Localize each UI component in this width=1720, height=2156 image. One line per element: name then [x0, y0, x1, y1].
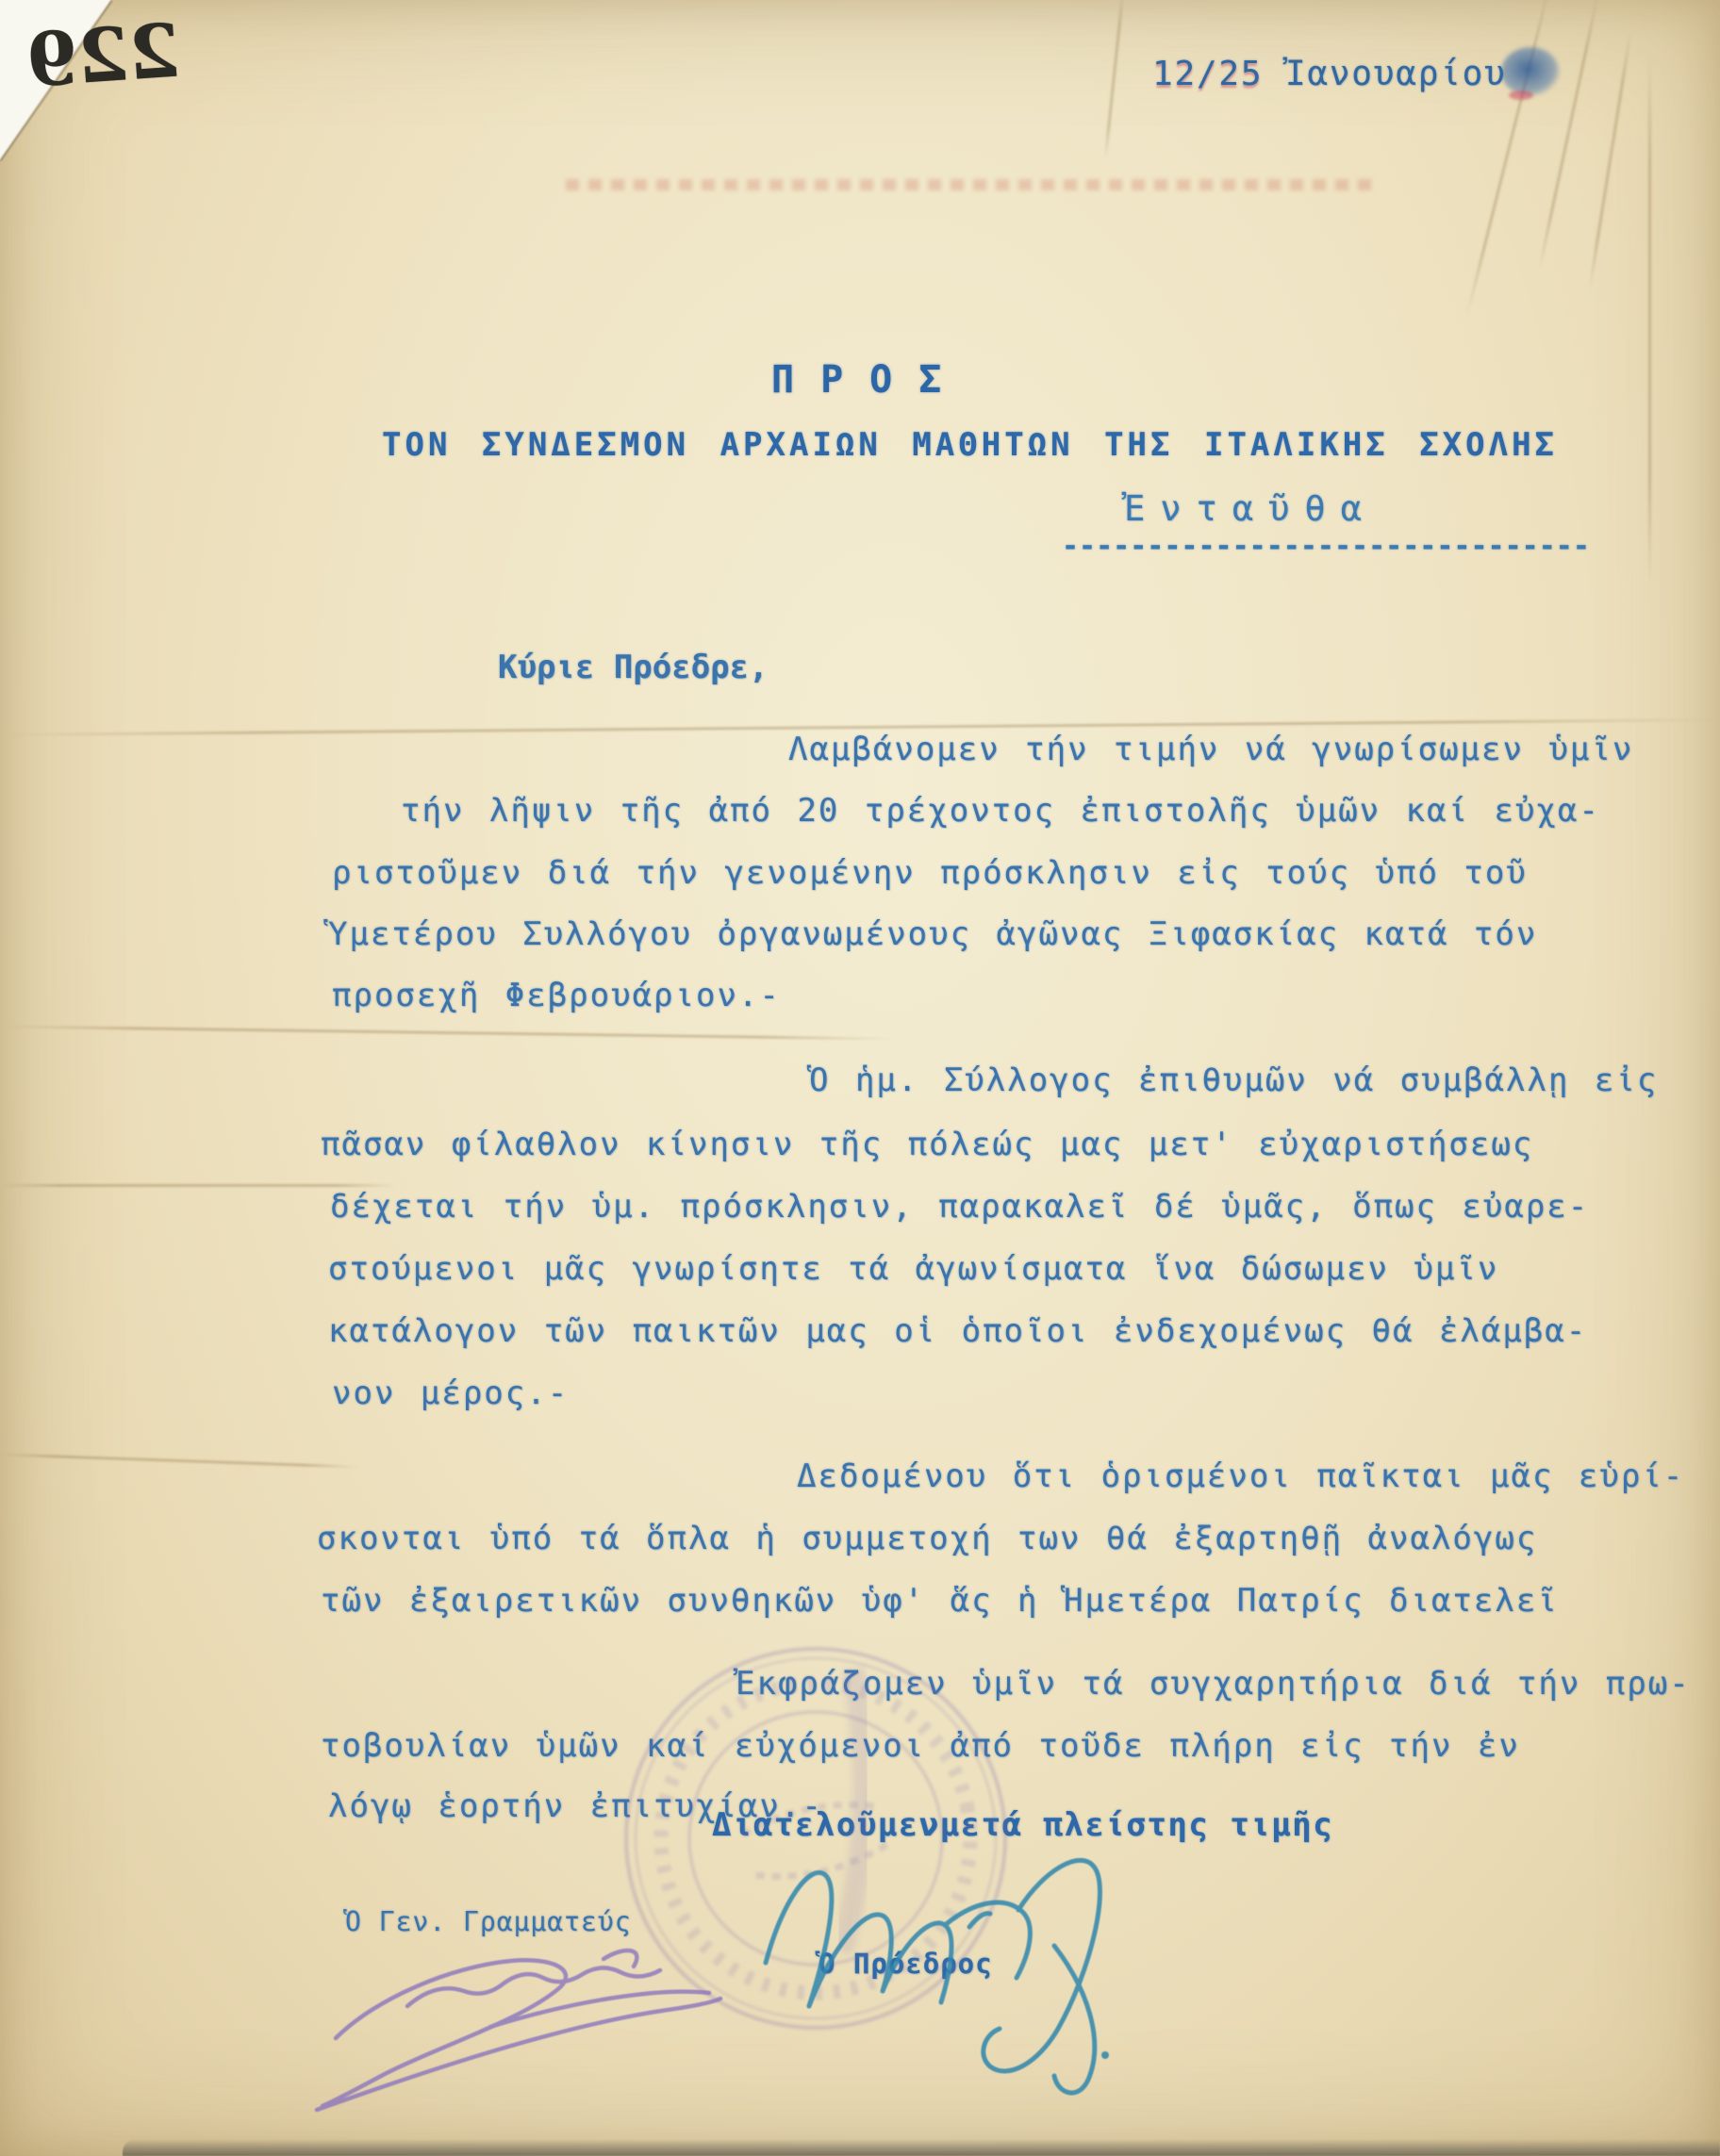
- date-space: [1263, 55, 1284, 93]
- letter-line: σκονται ὑπό τά ὅπλα ἡ συμμετοχή των θά ἐ…: [317, 1520, 1537, 1557]
- letter-line: προσεχῆ Φεβρουάριον.-: [332, 977, 781, 1014]
- letter-line: πᾶσαν φίλαθλον κίνησιν τῆς πόλεώς μας με…: [321, 1126, 1533, 1163]
- letter-line: στούμενοι μᾶς γνωρίσητε τά ἀγωνίσματα ἵν…: [328, 1250, 1498, 1288]
- paper-crease: [0, 1025, 896, 1040]
- paper-crease: [1538, 0, 1599, 271]
- archive-number: 229: [24, 8, 183, 104]
- paper-crease: [1104, 0, 1125, 160]
- letter-line: δέχεται τήν ὑμ. πρόσκλησιν, παρακαλεῖ δέ…: [330, 1188, 1589, 1226]
- president-title: Ὁ Πρόεδρος: [819, 1948, 993, 1980]
- date-numbers: 12/25: [1152, 55, 1263, 93]
- letter-line: Δεδομένου ὅτι ὁρισμένοι παῖκται μᾶς εὑρί…: [797, 1457, 1684, 1495]
- letter-scan-page: 229 12/25 Ἰανουαρίου ΠΡΟΣ ΤΟΝ ΣΥΝΔΕΣΜΟΝ …: [0, 0, 1720, 2156]
- recipient-organization: ΤΟΝ ΣΥΝΔΕΣΜΟΝ ΑΡΧΑΙΩΝ ΜΑΘΗΤΩΝ ΤΗΣ ΙΤΑΛΙΚ…: [382, 426, 1558, 464]
- date-line: 12/25 Ἰανουαρίου: [1152, 55, 1507, 93]
- ink-bleed-through: [566, 179, 1377, 190]
- letter-line: Ἐκφράζομεν ὑμῖν τά συγχαρητήρια διά τήν …: [736, 1665, 1691, 1703]
- letter-line: Λαμβάνομεν τήν τιμήν νά γνωρίσωμεν ὑμῖν: [788, 731, 1633, 768]
- paper-crease: [0, 1453, 358, 1468]
- recipient-underline: -------------------------------: [1062, 530, 1590, 563]
- scan-bottom-edge: [123, 2139, 1720, 2156]
- secretary-signature: [317, 1950, 720, 2110]
- letter-line: ριστοῦμεν διά τήν γενομένην πρόσκλησιν ε…: [332, 854, 1528, 892]
- letter-line: τῶν ἐξαιρετικῶν συνθηκῶν ὑφ' ἅς ἡ Ἡμετέρ…: [321, 1582, 1559, 1620]
- letter-line: νον μέρος.-: [332, 1374, 569, 1412]
- recipient-heading: ΠΡΟΣ: [771, 358, 967, 402]
- salutation: Κύριε Πρόεδρε,: [498, 649, 769, 686]
- paper-crease: [1648, 57, 1651, 584]
- valediction: Διατελοῦμενμετά πλείστης τιμῆς: [712, 1806, 1333, 1844]
- letter-line: κατάλογον τῶν παικτῶν μας οἱ ὁποῖοι ἐνδε…: [328, 1312, 1587, 1350]
- date-ink-smudge: [1501, 47, 1560, 96]
- letter-line: Ὑμετέρου Συλλόγου ὀργανωμένους ἀγῶνας Ξι…: [328, 915, 1537, 953]
- date-red-smudge: [1509, 91, 1533, 100]
- letter-line: τοβουλίαν ὑμῶν καί εὐχόμενοι ἀπό τοῦδε π…: [321, 1727, 1520, 1765]
- date-month: Ἰανουαρίου: [1285, 55, 1507, 93]
- letter-line: τήν λῆψιν τῆς ἀπό 20 τρέχοντος ἐπιστολῆς…: [401, 792, 1600, 830]
- paper-crease: [0, 1184, 396, 1187]
- letter-line: Ὁ ἡμ. Σύλλογος ἐπιθυμῶν νά συμβάλλῃ εἰς: [809, 1062, 1658, 1099]
- recipient-location: Ἐνταῦθα: [1124, 488, 1377, 529]
- secretary-title: Ὁ Γεν. Γραμματεύς: [345, 1906, 632, 1937]
- paper-crease: [1588, 29, 1632, 290]
